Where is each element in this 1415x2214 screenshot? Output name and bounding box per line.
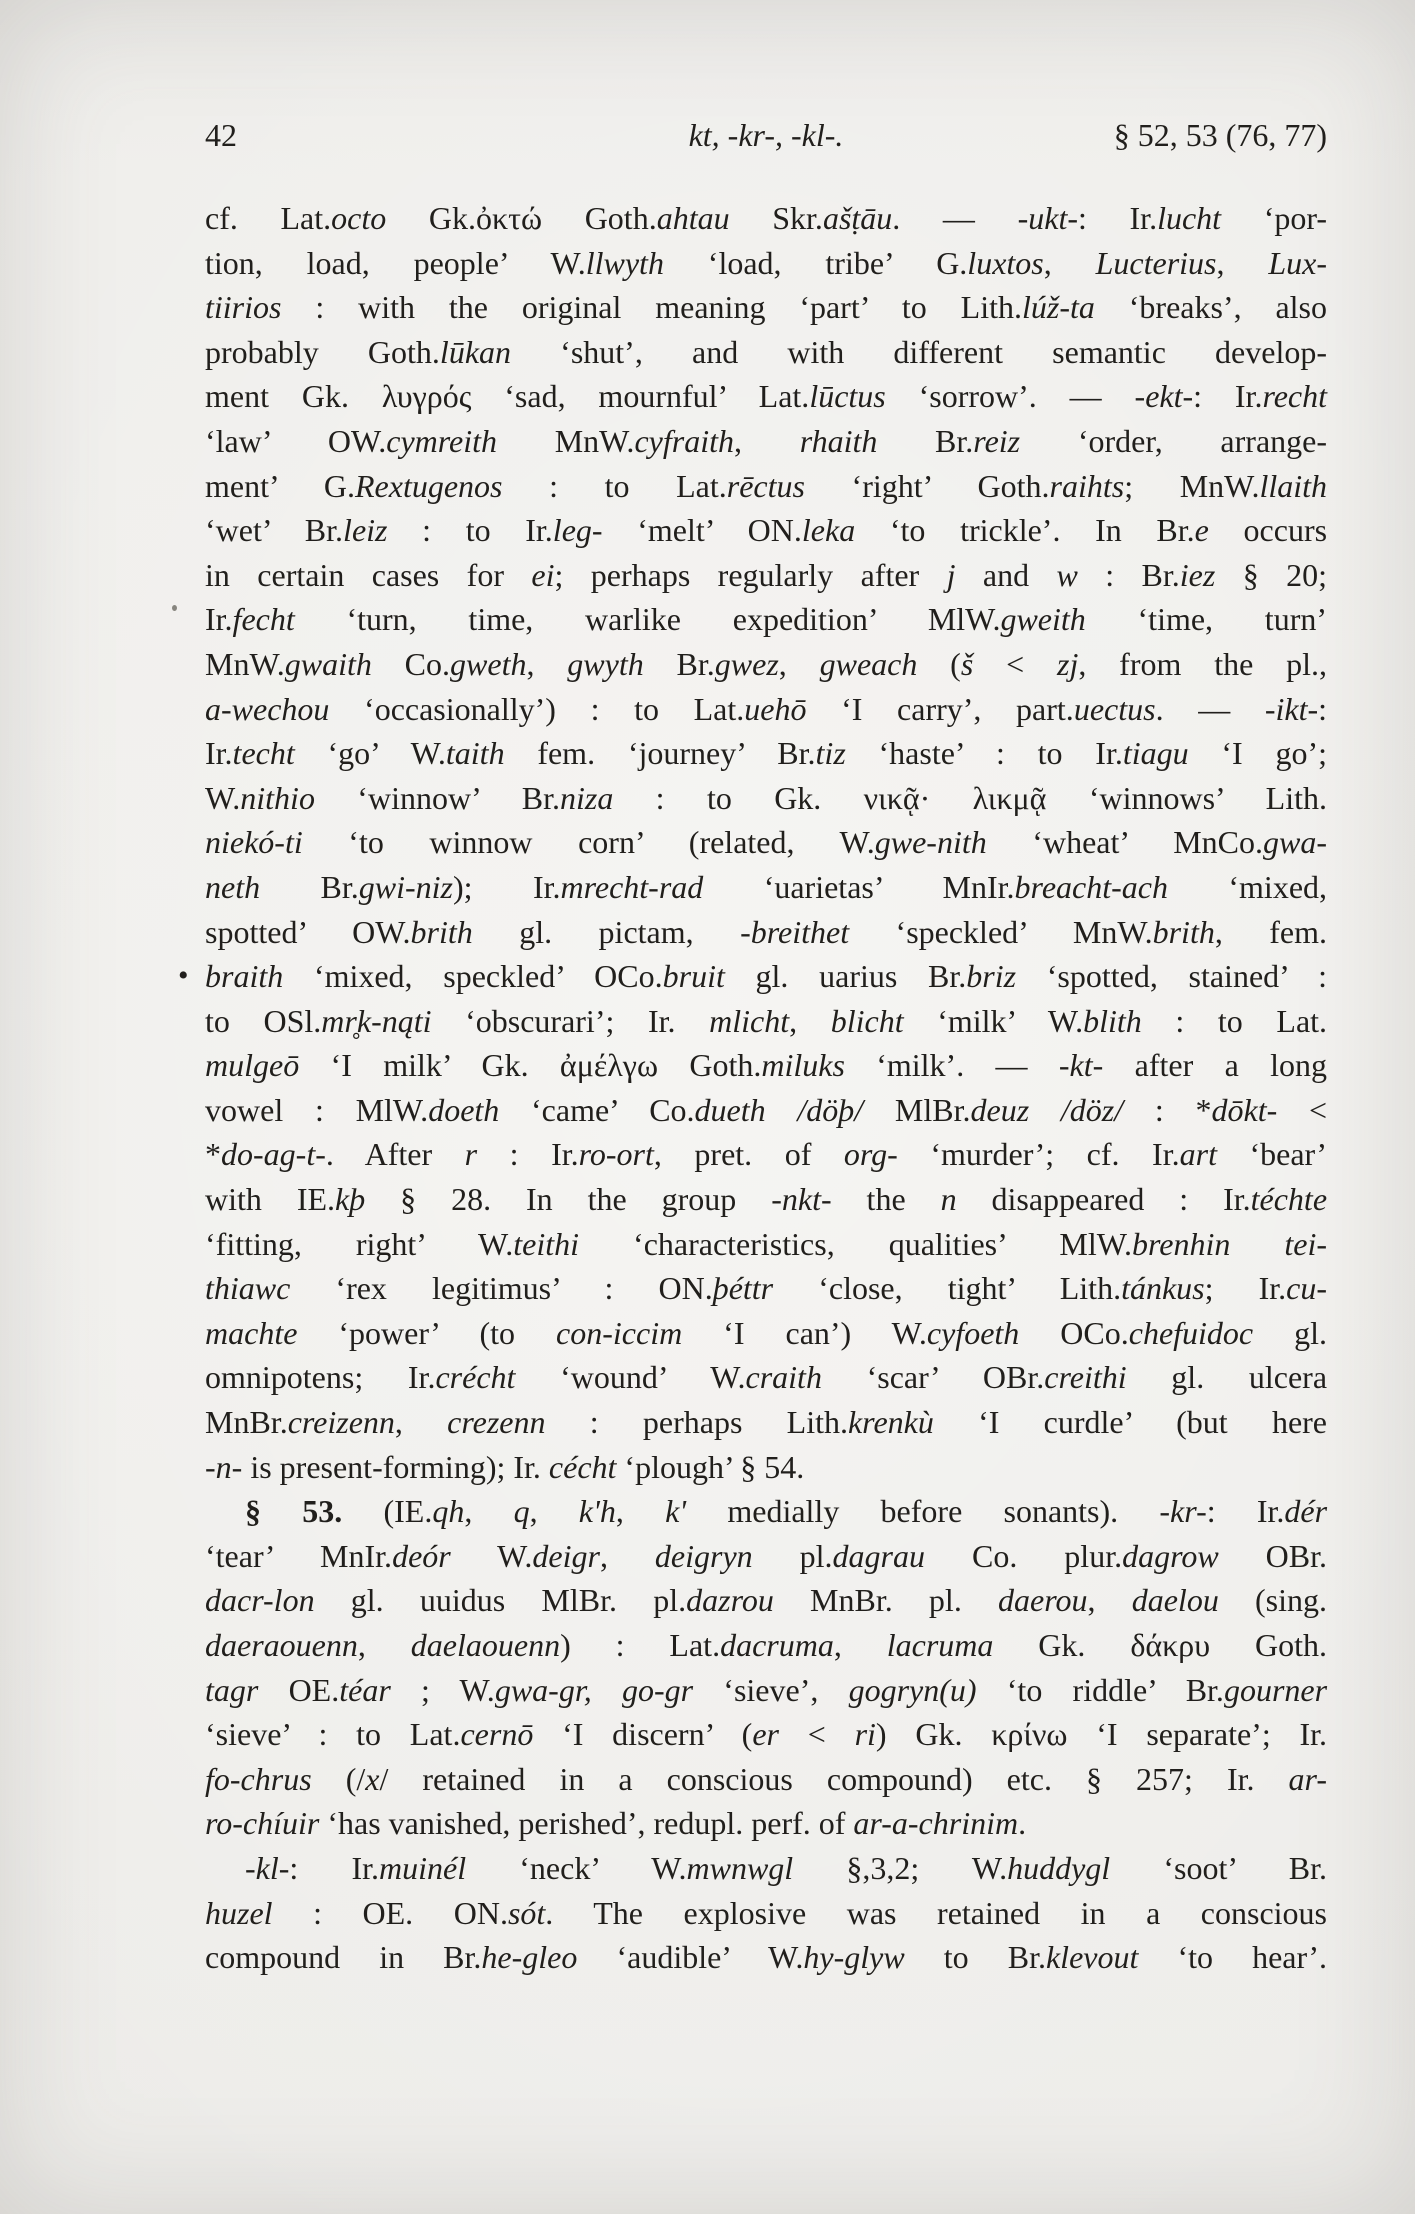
text-segment: : Ir. [289, 1850, 379, 1886]
text-segment: leka [802, 512, 855, 548]
text-line: Ir.techt ‘go’ W.taith fem. ‘journey’ Br.… [205, 731, 1327, 776]
text-segment: ; perhaps regularly after [554, 557, 946, 593]
text-segment: n [941, 1181, 957, 1217]
text-segment: < [779, 1716, 855, 1752]
text-segment: ‘mixed, [1168, 869, 1327, 905]
text-segment: ‘turn, time, warlike expedition’ MlW. [295, 601, 1001, 637]
text-segment: llaith [1259, 468, 1327, 504]
text-segment: cyfoeth [927, 1315, 1019, 1351]
text-segment: daelaouenn [411, 1627, 560, 1663]
text-segment: fem. ‘journey’ Br. [505, 735, 816, 771]
text-segment: ‘haste’ : to Ir. [846, 735, 1123, 771]
text-segment: . [1018, 1805, 1026, 1841]
text-segment: ‘spotted, stained’ : [1016, 958, 1327, 994]
text-segment: braith [205, 958, 283, 994]
text-segment: § 53. [245, 1493, 342, 1529]
text-segment: luxtos [967, 245, 1043, 281]
text-segment: er [752, 1716, 779, 1752]
text-segment: , [734, 423, 800, 459]
text-line: machte ‘power’ (to con-iccim ‘I can’) W.… [205, 1311, 1327, 1356]
text-line: fo-chrus (/x/ retained in a conscious co… [205, 1757, 1327, 1802]
text-segment: ‘close, tight’ Lith. [773, 1270, 1121, 1306]
text-segment: Br. [260, 869, 359, 905]
text-segment: ‘speckled’ MnW. [849, 914, 1153, 950]
text-segment: . After [326, 1136, 465, 1172]
text-segment: Gk. δάκρυ Goth. [993, 1627, 1327, 1663]
text-segment: cyfraith [634, 423, 734, 459]
text-line: omnipotens; Ir.crécht ‘wound’ W.craith ‘… [205, 1355, 1327, 1400]
text-segment: uehō [744, 691, 806, 727]
text-segment: < [973, 646, 1057, 682]
text-segment: blicht [831, 1003, 904, 1039]
text-segment: § 28. In the group [365, 1181, 771, 1217]
text-segment: : to Ir. [387, 512, 552, 548]
text-line: cf. Lat.octo Gk.ὀκτώ Goth.ahtau Skr.ašṭā… [205, 196, 1327, 241]
text-segment: ‘I carry’, part. [806, 691, 1073, 727]
text-segment: in certain cases for [205, 557, 531, 593]
text-segment: gl. ulcera [1127, 1359, 1327, 1395]
text-segment: : Ir. [1078, 200, 1157, 236]
text-line: in certain cases for ei; perhaps regular… [205, 553, 1327, 598]
text-line: MnBr.creizenn, crezenn : perhaps Lith.kr… [205, 1400, 1327, 1445]
text-segment: ‘I milk’ Gk. ἀμέλγω Goth. [299, 1047, 761, 1083]
text-segment: qh [432, 1493, 464, 1529]
text-segment: -ukt- [1018, 200, 1078, 236]
text-segment: dueth /döþ/ [695, 1092, 864, 1128]
text-segment: ‘power’ (to [297, 1315, 556, 1351]
text-segment: : Ir. [1207, 1493, 1285, 1529]
text-segment: , [395, 1404, 447, 1440]
text-segment: ‘milk’. — [845, 1047, 1059, 1083]
text-segment: gwaith [285, 646, 372, 682]
text-line: Ir.fecht ‘turn, time, warlike expedition… [205, 597, 1327, 642]
text-segment: -breithet [740, 914, 849, 950]
text-segment: ‘go’ W. [295, 735, 446, 771]
text-segment: tagr [205, 1672, 258, 1708]
text-segment: , [1216, 245, 1268, 281]
text-segment: gwi-niz [359, 869, 453, 905]
text-segment: huzel [205, 1895, 273, 1931]
text-segment: the [832, 1181, 941, 1217]
text-segment: e [1195, 512, 1209, 548]
text-segment: ro-chíuir [205, 1805, 319, 1841]
text-segment: techt [233, 735, 295, 771]
text-segment: dōkt- [1212, 1092, 1278, 1128]
text-segment: , [358, 1627, 411, 1663]
text-segment: lúž-ta [1022, 289, 1095, 325]
text-segment: , [616, 1493, 665, 1529]
text-segment: brith [411, 914, 473, 950]
text-segment: dagrau [833, 1538, 925, 1574]
text-segment: ‘load, tribe’ G. [664, 245, 967, 281]
text-line: ‘wet’ Br.leiz : to Ir.leg- ‘melt’ ON.lek… [205, 508, 1327, 553]
text-line: thiawc ‘rex legitimus’ : ON.þéttr ‘close… [205, 1266, 1327, 1311]
text-segment: ar-a-chrinim [853, 1805, 1018, 1841]
text-segment: niza [560, 780, 613, 816]
text-line: ‘tear’ MnIr.deór W.deigr, deigryn pl.dag… [205, 1534, 1327, 1579]
text-segment: ‘winnow’ Br. [315, 780, 560, 816]
margin-bullet-icon: • [178, 954, 189, 999]
text-line: MnW.gwaith Co.gweth, gwyth Br.gwez, gwea… [205, 642, 1327, 687]
text-segment: -kr- [1159, 1493, 1206, 1529]
text-segment: creizenn [288, 1404, 395, 1440]
text-segment: do-ag-t- [221, 1136, 326, 1172]
text-segment: teithi [513, 1226, 579, 1262]
text-segment: cernō [460, 1716, 533, 1752]
text-segment: r [465, 1136, 477, 1172]
text-segment: -kt- [1059, 1047, 1103, 1083]
text-segment: : [1318, 691, 1327, 727]
text-segment: < [1277, 1092, 1327, 1128]
text-segment: -n- [205, 1449, 242, 1485]
scan-speck [172, 605, 177, 611]
text-segment: krenkù [848, 1404, 934, 1440]
text-segment: ‘sieve’, [693, 1672, 849, 1708]
text-segment: : Ir. [477, 1136, 579, 1172]
text-segment: ‘time, turn’ [1086, 601, 1327, 637]
text-segment: : perhaps Lith. [545, 1404, 847, 1440]
text-segment: -nkt- [771, 1181, 831, 1217]
text-segment: -ekt- [1135, 378, 1194, 414]
text-segment: to Br. [905, 1939, 1046, 1975]
text-segment: cu- [1286, 1270, 1327, 1306]
text-segment: klevout [1046, 1939, 1138, 1975]
text-segment: kþ [335, 1181, 365, 1217]
text-segment: gweth [450, 646, 526, 682]
text-segment: iez [1180, 557, 1216, 593]
page-number: 42 [205, 112, 237, 158]
text-segment: ‘plough’ § 54. [616, 1449, 804, 1485]
text-segment: omnipotens; Ir. [205, 1359, 435, 1395]
text-segment: ; Ir. [1205, 1270, 1287, 1306]
text-segment: bruit [663, 958, 725, 994]
text-segment: to OSl. [205, 1003, 321, 1039]
text-line: ‘fitting, right’ W.teithi ‘characteristi… [205, 1222, 1327, 1267]
text-segment: deuz /döz/ [971, 1092, 1124, 1128]
text-segment: ‘breaks’, also [1095, 289, 1327, 325]
text-segment: ‘to trickle’. In Br. [855, 512, 1194, 548]
text-segment: : with the original meaning ‘part’ to Li… [281, 289, 1022, 325]
text-segment: dér [1284, 1493, 1327, 1529]
text-segment: : OE. ON. [273, 1895, 508, 1931]
text-segment: . The explosive was retained in a consci… [545, 1895, 1327, 1931]
text-segment: ); Ir. [453, 869, 561, 905]
book-page: 42 kt, -kr-, -kl-. § 52, 53 (76, 77) cf.… [0, 0, 1415, 2214]
text-segment: w [1057, 557, 1078, 593]
text-segment: gwe-nith [875, 824, 987, 860]
text-segment: š [961, 646, 973, 682]
text-segment: ‘bear’ [1217, 1136, 1327, 1172]
text-segment: (sing. [1219, 1582, 1327, 1618]
text-segment: ahtau [657, 200, 730, 236]
text-segment: ‘right’ Goth. [805, 468, 1050, 504]
text-line: compound in Br.he-gleo ‘audible’ W.hy-gl… [205, 1935, 1327, 1980]
text-segment: § 20; [1215, 557, 1327, 593]
page-header: 42 kt, -kr-, -kl-. § 52, 53 (76, 77) [205, 112, 1327, 158]
text-segment: gweith [1000, 601, 1085, 637]
text-segment: and [955, 557, 1056, 593]
text-segment: , [789, 1003, 831, 1039]
text-segment: llwyth [586, 245, 664, 281]
text-segment: hy-glyw [803, 1939, 904, 1975]
text-segment: sót [508, 1895, 545, 1931]
text-line: -kl-: Ir.muinél ‘neck’ W.mwnwgl §,3,2; W… [205, 1846, 1327, 1891]
text-line: tagr OE.téar ; W.gwa-gr, go-gr ‘sieve’, … [205, 1668, 1327, 1713]
text-segment: ‘to hear’. [1138, 1939, 1327, 1975]
page-body: cf. Lat.octo Gk.ὀκτώ Goth.ahtau Skr.ašṭā… [205, 196, 1327, 1980]
section-reference: § 52, 53 (76, 77) [1114, 112, 1327, 158]
text-segment: craith [746, 1359, 822, 1395]
text-segment: , [834, 1627, 887, 1663]
text-segment: -ikt- [1265, 691, 1318, 727]
text-segment: taith [446, 735, 505, 771]
text-segment: dacruma [720, 1627, 834, 1663]
text-segment: , [530, 1493, 579, 1529]
text-segment: ašṭāu [823, 200, 892, 236]
text-segment: mrecht-rad [561, 869, 704, 905]
text-segment: uectus [1074, 691, 1156, 727]
text-segment: q [514, 1493, 530, 1529]
text-segment: gwa-gr, go-gr [495, 1672, 693, 1708]
text-segment: ment Gk. λυγρός ‘sad, mournful’ Lat. [205, 378, 809, 414]
text-segment: crécht [435, 1359, 515, 1395]
text-segment: breacht-ach [1015, 869, 1168, 905]
text-segment: Lucterius [1096, 245, 1217, 281]
text-segment: (/ [312, 1761, 366, 1797]
text-segment: , [600, 1538, 655, 1574]
text-segment: nithio [240, 780, 315, 816]
text-segment: , fem. [1215, 914, 1327, 950]
text-segment: gourner [1224, 1672, 1327, 1708]
text-segment: MnBr. [205, 1404, 288, 1440]
text-segment: * [205, 1136, 221, 1172]
text-segment: téar [339, 1672, 391, 1708]
text-segment: disappeared : Ir. [957, 1181, 1251, 1217]
text-segment: . — [892, 200, 1017, 236]
text-segment: Skr. [730, 200, 823, 236]
text-segment: Co. [372, 646, 450, 682]
text-segment: medially before sonants). [686, 1493, 1159, 1529]
text-segment: Br. [644, 646, 715, 682]
text-segment: after a long [1103, 1047, 1327, 1083]
text-segment: (IE. [342, 1493, 432, 1529]
text-segment: chefuidoc [1129, 1315, 1253, 1351]
text-segment: Ir. [205, 735, 233, 771]
text-segment: gwez [715, 646, 779, 682]
text-segment: lūkan [440, 334, 511, 370]
text-segment: mlicht [709, 1003, 789, 1039]
text-segment: crezenn [447, 1404, 545, 1440]
text-segment: ‘occasionally’) : to Lat. [329, 691, 744, 727]
text-segment: compound in Br. [205, 1939, 481, 1975]
text-segment: dagrow [1122, 1538, 1219, 1574]
text-segment: OCo. [1019, 1315, 1128, 1351]
text-segment: probably Goth. [205, 334, 440, 370]
text-line: huzel : OE. ON.sót. The explosive was re… [205, 1891, 1327, 1936]
text-segment: leg- [553, 512, 603, 548]
text-line: ment Gk. λυγρός ‘sad, mournful’ Lat.lūct… [205, 374, 1327, 419]
text-segment: ‘uarietas’ MnIr. [703, 869, 1014, 905]
text-line: tion, load, people’ W.llwyth ‘load, trib… [205, 241, 1327, 286]
text-segment: reiz [973, 423, 1020, 459]
text-line: -n- is present-forming); Ir. cécht ‘plou… [205, 1445, 1327, 1490]
text-segment: , from the pl., [1078, 646, 1327, 682]
text-segment: : to Gk. νικᾷ· λικμᾷ ‘winnows’ Lith. [613, 780, 1327, 816]
text-line: probably Goth.lūkan ‘shut’, and with dif… [205, 330, 1327, 375]
text-segment: ‘murder’; cf. Ir. [898, 1136, 1180, 1172]
text-segment: tánkus [1121, 1270, 1205, 1306]
text-line: ‘law’ OW.cymreith MnW.cyfraith, rhaith B… [205, 419, 1327, 464]
text-segment: gl. pictam, [473, 914, 740, 950]
text-segment: gl. uuidus MlBr. pl. [315, 1582, 687, 1618]
text-segment: blith [1083, 1003, 1142, 1039]
text-segment: x [365, 1761, 379, 1797]
text-segment: brenhin tei- [1132, 1226, 1327, 1262]
text-segment: Rextugenos [355, 468, 503, 504]
text-segment: ‘I curdle’ (but here [934, 1404, 1327, 1440]
text-segment: machte [205, 1315, 297, 1351]
text-segment: : Br. [1078, 557, 1180, 593]
text-line: a-wechou ‘occasionally’) : to Lat.uehō ‘… [205, 687, 1327, 732]
text-segment: ‘obscurari’; Ir. [432, 1003, 710, 1039]
text-segment: rhaith [800, 423, 878, 459]
text-segment: Gk.ὀκτώ Goth. [386, 200, 656, 236]
text-segment: , [1088, 1582, 1132, 1618]
text-segment: with IE. [205, 1181, 335, 1217]
text-segment: recht [1262, 378, 1327, 414]
text-segment: tion, load, people’ W. [205, 245, 586, 281]
text-line: W.nithio ‘winnow’ Br.niza : to Gk. νικᾷ·… [205, 776, 1327, 821]
text-segment: k' [665, 1493, 686, 1529]
text-segment: ment’ G. [205, 468, 355, 504]
text-line: with IE.kþ § 28. In the group -nkt- the … [205, 1177, 1327, 1222]
text-segment: cf. Lat. [205, 200, 331, 236]
text-segment: Ir. [205, 601, 233, 637]
text-segment: gl. uarius Br. [725, 958, 966, 994]
text-segment: rēctus [727, 468, 805, 504]
text-segment: MnBr. pl. [774, 1582, 998, 1618]
text-line: •braith ‘mixed, speckled’ OCo.bruit gl. … [205, 954, 1327, 999]
text-segment: tiirios [205, 289, 281, 325]
text-segment: fecht [233, 601, 295, 637]
text-segment: lūctus [809, 378, 885, 414]
text-segment: §,3,2; W. [793, 1850, 1007, 1886]
text-segment: thiawc [205, 1270, 290, 1306]
text-segment: a-wechou [205, 691, 329, 727]
text-segment: daeraouenn [205, 1627, 358, 1663]
text-segment: MlBr. [863, 1092, 970, 1128]
text-segment: he-gleo [481, 1939, 577, 1975]
text-segment: ‘I go’; [1189, 735, 1327, 771]
text-segment: lacruma [887, 1627, 994, 1663]
text-segment: Br. [877, 423, 973, 459]
text-segment: k'h [579, 1493, 616, 1529]
text-segment: niekó-ti [205, 824, 303, 860]
text-segment: occurs [1209, 512, 1327, 548]
text-segment: daelou [1132, 1582, 1219, 1618]
text-segment: creithi [1044, 1359, 1126, 1395]
text-segment: þéttr [713, 1270, 773, 1306]
text-segment: dazrou [686, 1582, 774, 1618]
text-segment: ‘mixed, speckled’ OCo. [283, 958, 662, 994]
text-segment: W. [451, 1538, 533, 1574]
text-segment: ‘I discern’ ( [533, 1716, 752, 1752]
text-segment: Co. plur. [925, 1538, 1122, 1574]
text-segment: ‘to riddle’ Br. [977, 1672, 1224, 1708]
text-segment: con-iccim [556, 1315, 682, 1351]
text-segment: OBr. [1219, 1538, 1327, 1574]
text-segment: ; W. [391, 1672, 495, 1708]
text-segment: dacr-lon [205, 1582, 315, 1618]
text-segment: gogryn(u) [849, 1672, 977, 1708]
text-segment: miluks [761, 1047, 845, 1083]
text-segment: ‘sorrow’. — [886, 378, 1135, 414]
text-line: vowel : MlW.doeth ‘came’ Co.dueth /döþ/ … [205, 1088, 1327, 1133]
text-segment: : Ir. [1193, 378, 1262, 414]
text-segment: téchte [1251, 1181, 1327, 1217]
text-segment: vowel : MlW. [205, 1092, 428, 1128]
text-segment: MnW. [497, 423, 634, 459]
text-segment: , [1044, 245, 1096, 281]
text-segment: ‘melt’ ON. [603, 512, 802, 548]
text-line: dacr-lon gl. uuidus MlBr. pl.dazrou MnBr… [205, 1578, 1327, 1623]
running-title: kt, -kr-, -kl-. [689, 112, 844, 158]
text-segment: tiz [816, 735, 846, 771]
text-segment: tiagu [1123, 735, 1189, 771]
text-segment: ‘has vanished, perished’, redupl. perf. … [319, 1805, 853, 1841]
text-segment: lucht [1157, 200, 1221, 236]
text-segment: : to Lat. [1142, 1003, 1327, 1039]
text-segment: brith [1153, 914, 1215, 950]
text-segment: gl. [1253, 1315, 1327, 1351]
text-segment: huddygl [1007, 1850, 1110, 1886]
text-segment: cécht [549, 1449, 617, 1485]
text-segment: daerou [998, 1582, 1087, 1618]
text-line: daeraouenn, daelaouenn) : Lat.dacruma, l… [205, 1623, 1327, 1668]
text-segment: mulgeō [205, 1047, 299, 1083]
text-segment: ‘wet’ Br. [205, 512, 343, 548]
text-segment: , [779, 646, 820, 682]
text-line: ro-chíuir ‘has vanished, perished’, redu… [205, 1801, 1327, 1846]
text-segment: ‘por- [1221, 200, 1327, 236]
text-line: niekó-ti ‘to winnow corn’ (related, W.gw… [205, 820, 1327, 865]
text-segment: muinél [379, 1850, 466, 1886]
text-segment: ‘audible’ W. [577, 1939, 803, 1975]
text-segment: zj [1057, 646, 1078, 682]
text-segment: is present-forming); Ir. [242, 1449, 549, 1485]
text-segment: ‘to winnow corn’ (related, W. [303, 824, 875, 860]
text-segment: ri [855, 1716, 876, 1752]
text-segment: , [526, 646, 567, 682]
text-segment: leiz [343, 512, 387, 548]
text-segment: ‘came’ Co. [499, 1092, 694, 1128]
text-segment: ; MnW. [1124, 468, 1259, 504]
text-segment: : to Lat. [502, 468, 726, 504]
text-segment: W. [205, 780, 240, 816]
text-segment: ‘soot’ Br. [1110, 1850, 1327, 1886]
text-segment: art [1180, 1136, 1217, 1172]
text-segment: mr̥k-nąti [321, 1003, 431, 1039]
text-segment: ‘tear’ MnIr. [205, 1538, 392, 1574]
text-segment: gwyth [567, 646, 643, 682]
text-segment: ei [531, 557, 554, 593]
text-segment: ‘I can’) W. [682, 1315, 927, 1351]
text-segment: mwnwgl [686, 1850, 793, 1886]
text-segment: ‘shut’, and with different semantic deve… [511, 334, 1327, 370]
text-segment: ‘neck’ W. [466, 1850, 686, 1886]
text-segment: raihts [1050, 468, 1125, 504]
text-segment: ro-ort [579, 1136, 654, 1172]
